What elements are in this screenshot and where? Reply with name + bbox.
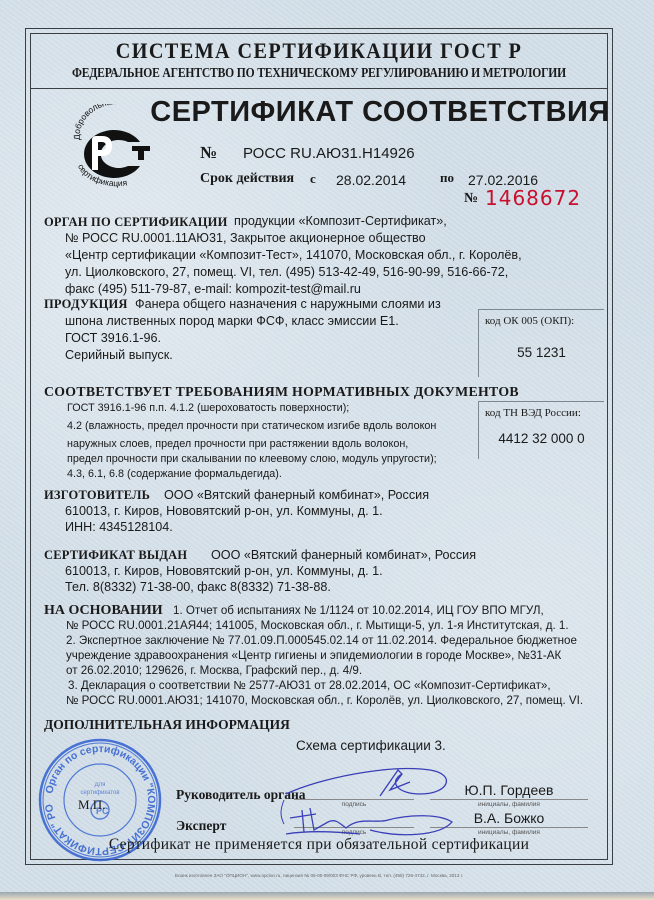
svg-text:сертификатов: сертификатов bbox=[80, 790, 119, 796]
header-divider bbox=[30, 88, 608, 89]
conformity-line: 4.2 (влажность, предел прочности при ста… bbox=[67, 418, 436, 434]
manufacturer-line: ООО «Вятский фанерный комбинат», Россия bbox=[164, 487, 429, 504]
conformity-line: ГОСТ 3916.1-96 п.п. 4.1.2 (шероховатость… bbox=[67, 400, 349, 416]
certification-body-label: ОРГАН ПО СЕРТИФИКАЦИИ bbox=[44, 215, 228, 230]
seal-place-label: М.П. bbox=[78, 797, 105, 813]
tnved-code-value: 4412 32 000 0 bbox=[479, 431, 604, 446]
okp-code-value: 55 1231 bbox=[479, 345, 604, 360]
issued-to-line: 610013, г. Киров, Нововятский р-он, ул. … bbox=[65, 563, 383, 580]
conformity-line: предел прочности при скалывании по клеев… bbox=[67, 451, 437, 467]
certification-body-line: продукции «Композит-Сертификат», bbox=[234, 213, 447, 230]
additional-info-label: ДОПОЛНИТЕЛЬНАЯ ИНФОРМАЦИЯ bbox=[44, 717, 290, 733]
certificate-number: РОСС RU.АЮ31.Н14926 bbox=[243, 145, 415, 162]
product-line: ГОСТ 3916.1-96. bbox=[65, 330, 161, 347]
agency-name: ФЕДЕРАЛЬНОЕ АГЕНТСТВО ПО ТЕХНИЧЕСКОМУ РЕ… bbox=[70, 65, 567, 81]
conformity-label: СООТВЕТСТВУЕТ ТРЕБОВАНИЯМ НОРМАТИВНЫХ ДО… bbox=[44, 384, 519, 400]
blank-number-label: № bbox=[464, 191, 478, 207]
number-label: № bbox=[200, 143, 217, 163]
basis-line: от 26.02.2010; 129626, г. Москва, Графск… bbox=[66, 663, 362, 679]
product-label: ПРОДУКЦИЯ bbox=[44, 297, 128, 312]
manufacturer-inn: ИНН: 4345128104. bbox=[65, 519, 173, 536]
certification-body-line: № РОСС RU.0001.11АЮ31, Закрытое акционер… bbox=[65, 230, 426, 247]
valid-from-date: 28.02.2014 bbox=[336, 172, 406, 188]
certification-body-line: «Центр сертификации «Композит-Тест», 141… bbox=[65, 247, 522, 264]
voluntary-note: Сертификат не применяется при обязательн… bbox=[30, 836, 608, 854]
tnved-code-box: код ТН ВЭД России: 4412 32 000 0 bbox=[478, 401, 604, 459]
basis-line: 1. Отчет об испытаниях № 1/1124 от 10.02… bbox=[173, 603, 544, 619]
tnved-code-label: код ТН ВЭД России: bbox=[479, 402, 604, 419]
okp-code-label: код ОК 005 (ОКП): bbox=[479, 310, 604, 327]
okp-code-box: код ОК 005 (ОКП): 55 1231 bbox=[478, 309, 604, 377]
validity-label: Срок действия bbox=[200, 171, 294, 187]
svg-text:Для: Для bbox=[95, 782, 106, 788]
system-title: СИСТЕМА СЕРТИФИКАЦИИ ГОСТ Р bbox=[53, 38, 585, 64]
manufacturer-label: ИЗГОТОВИТЕЛЬ bbox=[44, 488, 150, 503]
conformity-line: наружных слоев, предел прочности при рас… bbox=[67, 436, 408, 452]
valid-from-label: с bbox=[310, 171, 316, 187]
product-line: шпона лиственных пород марки ФСФ, класс … bbox=[65, 313, 399, 330]
certification-body-line: ул. Циолковского, 27, помещ. VI, тел. (4… bbox=[65, 264, 508, 281]
issued-to-label: СЕРТИФИКАТ ВЫДАН bbox=[44, 548, 187, 563]
valid-to-label: по bbox=[440, 170, 454, 186]
issued-to-line: ООО «Вятский фанерный комбинат», Россия bbox=[211, 547, 476, 564]
blank-serial-number: 1468672 bbox=[485, 186, 581, 210]
conformity-line: 4.3, 6.1, 6.8 (содержание формальдегида)… bbox=[67, 466, 282, 482]
basis-line: учреждение здравоохранения «Центр гигиен… bbox=[66, 648, 561, 664]
product-line: Фанера общего назначения с наружными сло… bbox=[135, 296, 441, 313]
product-line: Серийный выпуск. bbox=[65, 347, 173, 364]
certificate-title: СЕРТИФИКАТ СООТВЕТСТВИЯ bbox=[150, 96, 610, 129]
expert-label: Эксперт bbox=[176, 818, 226, 834]
basis-label: НА ОСНОВАНИИ bbox=[44, 603, 163, 619]
basis-line: 2. Экспертное заключение № 77.01.09.П.00… bbox=[66, 633, 577, 649]
paper-bottom-edge bbox=[0, 892, 654, 900]
basis-line: № РОСС RU.0001.21АЯ44; 141005, Московска… bbox=[66, 618, 569, 634]
basis-line: 3. Декларация о соответствии № 2577-АЮ31… bbox=[68, 678, 551, 694]
issued-to-phone: Тел. 8(8332) 71-38-00, факс 8(8332) 71-3… bbox=[65, 579, 331, 596]
basis-line: № РОСС RU.0001.АЮ31; 141070, Московская … bbox=[66, 693, 583, 709]
manufacturer-line: 610013, г. Киров, Нововятский р-он, ул. … bbox=[65, 503, 383, 520]
certification-scheme: Схема сертификации 3. bbox=[296, 738, 446, 753]
printer-imprint: Бланк изготовлен ЗАО "ОПЦИОН", www.opcio… bbox=[30, 873, 608, 878]
